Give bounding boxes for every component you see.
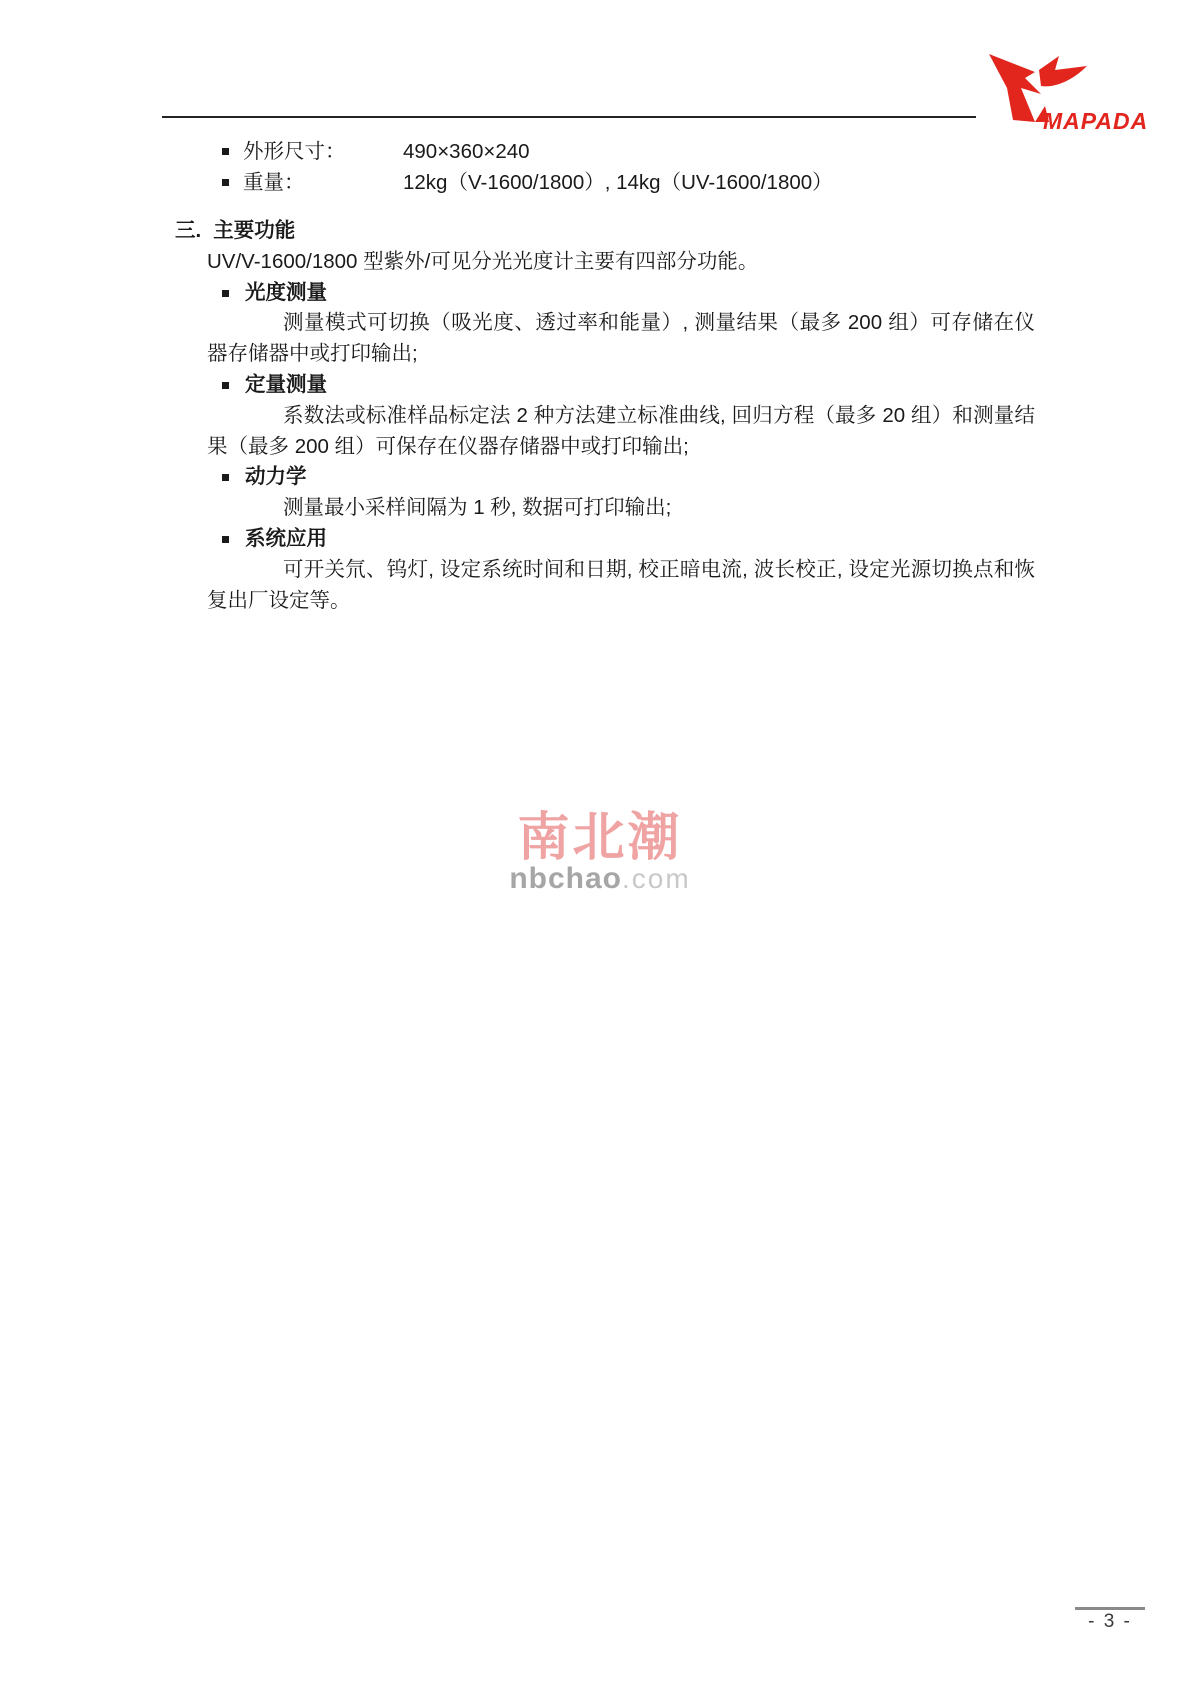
- bullet-square-icon: [222, 382, 229, 389]
- spec-item-weight: 重量： 12kg（V-1600/1800）, 14kg（UV-1600/1800…: [222, 167, 833, 198]
- section-heading: 三.主要功能: [175, 216, 1060, 247]
- watermark-cn-text: 南北潮: [0, 810, 1200, 866]
- feature-title: 定量测量: [245, 370, 327, 401]
- section-title: 主要功能: [213, 219, 295, 242]
- feature-title-row: 光度测量: [222, 278, 1060, 309]
- feature-item-photometry: 光度测量 测量模式可切换（吸光度、透过率和能量）, 测量结果（最多 200 组）…: [0, 278, 1060, 370]
- spec-label: 重量：: [243, 167, 403, 198]
- feature-title-row: 动力学: [222, 462, 1060, 493]
- bullet-square-icon: [222, 290, 229, 297]
- feature-body: 系数法或标准样品标定法 2 种方法建立标准曲线, 回归方程（最多 20 组）和测…: [207, 401, 1035, 463]
- feature-body: 测量最小采样间隔为 1 秒, 数据可打印输出;: [207, 493, 1035, 524]
- feature-title: 动力学: [245, 462, 307, 493]
- footer-divider: [1075, 1607, 1145, 1610]
- feature-body: 测量模式可切换（吸光度、透过率和能量）, 测量结果（最多 200 组）可存储在仪…: [207, 308, 1035, 370]
- bullet-square-icon: [222, 474, 229, 481]
- feature-body: 可开关氘、钨灯, 设定系统时间和日期, 校正暗电流, 波长校正, 设定光源切换点…: [207, 555, 1035, 617]
- section-number: 三.: [175, 219, 201, 242]
- spec-list: 外形尺寸： 490×360×240 重量： 12kg（V-1600/1800）,…: [222, 136, 833, 198]
- spec-value: 490×360×240: [403, 136, 530, 167]
- spec-value: 12kg（V-1600/1800）, 14kg（UV-1600/1800）: [403, 167, 833, 198]
- feature-item-system: 系统应用 可开关氘、钨灯, 设定系统时间和日期, 校正暗电流, 波长校正, 设定…: [0, 524, 1060, 616]
- feature-title-row: 系统应用: [222, 524, 1060, 555]
- bullet-square-icon: [222, 536, 229, 543]
- document-page: MAPADA 外形尺寸： 490×360×240 重量： 12kg（V-1600…: [0, 0, 1200, 1697]
- feature-item-kinetics: 动力学 测量最小采样间隔为 1 秒, 数据可打印输出;: [0, 462, 1060, 524]
- bullet-square-icon: [222, 179, 229, 186]
- page-number: - 3 -: [1058, 1611, 1162, 1633]
- mapada-logo: MAPADA: [983, 48, 1183, 134]
- mapada-wordmark: MAPADA: [1043, 108, 1148, 135]
- watermark-domain-name: nbchao: [509, 862, 622, 895]
- watermark: 南北潮 nbchao.com: [0, 810, 1200, 899]
- section-intro: UV/V-1600/1800 型紫外/可见分光光度计主要有四部分功能。: [207, 247, 1060, 278]
- feature-title: 光度测量: [245, 278, 327, 309]
- header-divider: [162, 116, 976, 118]
- watermark-domain: nbchao.com: [0, 864, 1200, 899]
- watermark-domain-tld: .com: [622, 863, 691, 894]
- spec-label: 外形尺寸：: [243, 136, 403, 167]
- main-functions-section: 三.主要功能 UV/V-1600/1800 型紫外/可见分光光度计主要有四部分功…: [0, 216, 1060, 616]
- feature-title: 系统应用: [245, 524, 327, 555]
- feature-item-quantitative: 定量测量 系数法或标准样品标定法 2 种方法建立标准曲线, 回归方程（最多 20…: [0, 370, 1060, 462]
- spec-item-dimensions: 外形尺寸： 490×360×240: [222, 136, 833, 167]
- bullet-square-icon: [222, 148, 229, 155]
- feature-title-row: 定量测量: [222, 370, 1060, 401]
